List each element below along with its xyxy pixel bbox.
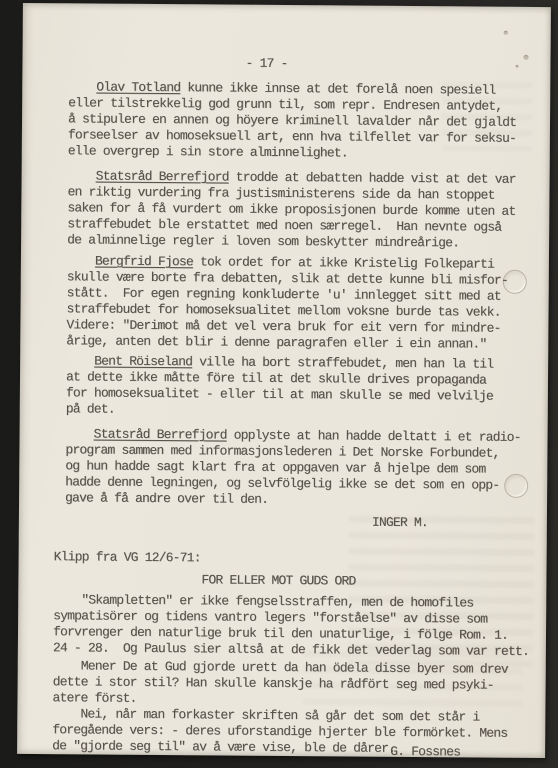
indent (67, 253, 95, 268)
speaker-name: Olav Totland (96, 80, 180, 96)
indent (68, 79, 96, 94)
indent (66, 426, 94, 441)
clipping-section: Klipp fra VG 12/6-71: FOR ELLER MOT GUDS… (52, 549, 547, 761)
text-run: ville ha bort straffebudet, men han la t… (192, 354, 493, 371)
indent (66, 353, 94, 368)
document-page: - 17 - Olav Totland kunne ikke innse at … (17, 3, 551, 758)
clipping-source: Klipp fra VG 12/6-71: (54, 549, 547, 569)
typewritten-text: - 17 - Olav Totland kunne ikke innse at … (17, 3, 551, 758)
byline: INGER M. (65, 512, 547, 532)
indent (68, 168, 96, 183)
speaker-name: Bent Röiseland (94, 354, 192, 370)
minutes-paragraph: Olav Totland kunne ikke innse at det for… (68, 79, 551, 163)
minutes-paragraph: Bergfrid Fjose tok ordet for at ikke Kri… (66, 253, 549, 353)
clipping-paragraph: Mener De at Gud gjorde urett da han ödel… (52, 658, 545, 710)
text-run: kunne ikke innse at det forelå noen spes… (180, 80, 495, 97)
text-run: trodde at debatten hadde vist at det var (229, 170, 516, 187)
text-line: årige, anten det blir i denne paragrafen… (66, 333, 548, 353)
minutes-paragraph: Statsråd Berrefjord opplyste at han hadd… (65, 426, 548, 510)
speaker-name: Statsråd Berrefjord (94, 427, 227, 443)
text-run: opplyste at han hadde deltatt i et radio… (227, 428, 521, 445)
speaker-name: Statsråd Berrefjord (96, 169, 229, 185)
clipping-paragraph: "Skampletten" er ikke fengselsstraffen, … (53, 592, 546, 660)
clipping-headline: FOR ELLER MOT GUDS ORD (53, 571, 546, 591)
speaker-name: Bergfrid Fjose (95, 254, 193, 270)
minutes-paragraph: Bent Röiseland ville ha bort straffebude… (66, 353, 548, 421)
page-number: - 17 - (245, 56, 550, 74)
text-run: tok ordet for at ikke Kristelig Folkepar… (193, 254, 494, 271)
text-line: 24 - 28. Og Paulus sier altså at de fikk… (53, 640, 546, 660)
minutes-paragraph: Statsråd Berrefjord trodde at debatten h… (67, 168, 550, 252)
